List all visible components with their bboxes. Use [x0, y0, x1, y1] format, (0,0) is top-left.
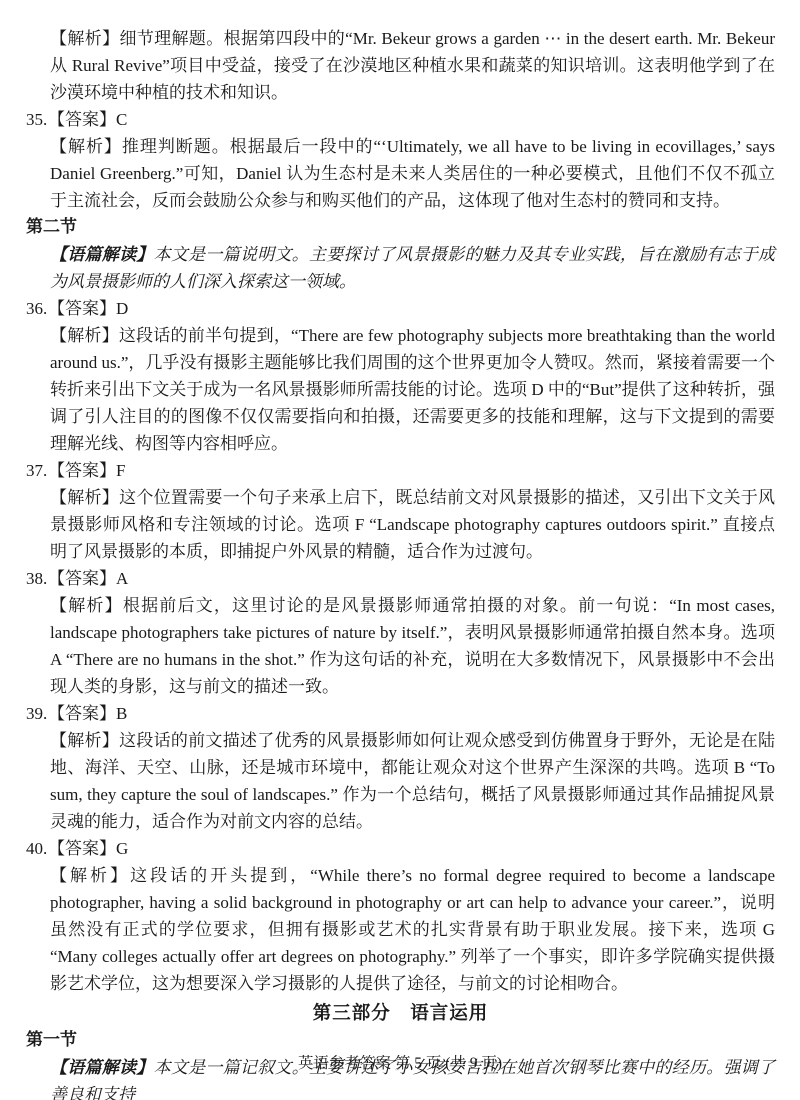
answer-line: 38.【答案】A [26, 565, 775, 592]
question-item-38: 38.【答案】A 【解析】根据前后文，这里讨论的是风景摄影师通常拍摄的对象。前一… [26, 565, 775, 700]
analysis-text: 这段话的前文描述了优秀的风景摄影师如何让观众感受到仿佛置身于野外，无论是在陆地、… [50, 731, 775, 831]
section-heading-2: 第二节 [26, 214, 775, 241]
answer-line: 36.【答案】D [26, 295, 775, 322]
passage-overview-section2: 【语篇解读】本文是一篇说明文。主要探讨了风景摄影的魅力及其专业实践，旨在激励有志… [50, 241, 775, 295]
question-number: 39. [26, 700, 48, 727]
answer-letter: F [116, 461, 125, 480]
answer-line: 40.【答案】G [26, 835, 775, 862]
question-number: 35. [26, 106, 48, 133]
analysis-paragraph: 【解析】推理判断题。根据最后一段中的“‘Ultimately, we all h… [50, 133, 775, 214]
analysis-text: 细节理解题。根据第四段中的“Mr. Bekeur grows a garden … [50, 29, 775, 102]
question-item-37: 37.【答案】F 【解析】这个位置需要一个句子来承上启下，既总结前文对风景摄影的… [26, 457, 775, 565]
answer-line: 35.【答案】C [26, 106, 775, 133]
analysis-label: 【解析】 [50, 137, 122, 156]
question-number: 36. [26, 295, 48, 322]
analysis-label: 【解析】 [50, 326, 119, 345]
analysis-label: 【解析】 [50, 596, 123, 615]
answer-label: 【答案】 [48, 704, 116, 723]
question-item-40: 40.【答案】G 【解析】这段话的开头提到，“While there’s no … [26, 835, 775, 997]
answer-line: 37.【答案】F [26, 457, 775, 484]
answer-label: 【答案】 [48, 569, 116, 588]
analysis-label: 【解析】 [50, 488, 119, 507]
answer-letter: D [116, 299, 128, 318]
passage-overview-text: 本文是一篇说明文。主要探讨了风景摄影的魅力及其专业实践，旨在激励有志于成为风景摄… [50, 245, 775, 291]
analysis-paragraph: 【解析】这段话的前文描述了优秀的风景摄影师如何让观众感受到仿佛置身于野外，无论是… [50, 727, 775, 835]
answer-letter: G [116, 839, 128, 858]
part3-heading: 第三部分 语言运用 [26, 1000, 775, 1027]
answer-letter: C [116, 110, 127, 129]
question-number: 40. [26, 835, 48, 862]
analysis-label: 【解析】 [50, 731, 119, 750]
answer-letter: A [116, 569, 128, 588]
analysis-text: 这段话的开头提到，“While there’s no formal degree… [50, 866, 775, 993]
analysis-text: 这段话的前半句提到，“There are few photography sub… [50, 326, 775, 453]
analysis-paragraph: 【解析】这段话的开头提到，“While there’s no formal de… [50, 862, 775, 997]
answer-label: 【答案】 [48, 299, 116, 318]
question-number: 38. [26, 565, 48, 592]
passage-overview-label: 【语篇解读】 [50, 245, 154, 264]
answer-label: 【答案】 [48, 839, 116, 858]
analysis-label: 【解析】 [50, 866, 130, 885]
question-item-39: 39.【答案】B 【解析】这段话的前文描述了优秀的风景摄影师如何让观众感受到仿佛… [26, 700, 775, 835]
analysis-label: 【解析】 [50, 29, 119, 48]
question-item-35: 35.【答案】C 【解析】推理判断题。根据最后一段中的“‘Ultimately,… [26, 106, 775, 214]
answer-label: 【答案】 [48, 110, 116, 129]
question-item-36: 36.【答案】D 【解析】这段话的前半句提到，“There are few ph… [26, 295, 775, 457]
answer-line: 39.【答案】B [26, 700, 775, 727]
analysis-text: 这个位置需要一个句子来承上启下，既总结前文对风景摄影的描述，又引出下文关于风景摄… [50, 488, 775, 561]
analysis-paragraph: 【解析】根据前后文，这里讨论的是风景摄影师通常拍摄的对象。前一句说：“In mo… [50, 592, 775, 700]
analysis-paragraph-34: 【解析】细节理解题。根据第四段中的“Mr. Bekeur grows a gar… [50, 25, 775, 106]
analysis-text: 根据前后文，这里讨论的是风景摄影师通常拍摄的对象。前一句说：“In most c… [50, 596, 775, 696]
analysis-paragraph: 【解析】这段话的前半句提到，“There are few photography… [50, 322, 775, 457]
page-footer: 英语参考答案 第 5 页 (共 9 页) [0, 1050, 800, 1077]
answer-letter: B [116, 704, 127, 723]
answer-key-page: 【解析】细节理解题。根据第四段中的“Mr. Bekeur grows a gar… [0, 0, 800, 1100]
answer-label: 【答案】 [48, 461, 116, 480]
question-number: 37. [26, 457, 48, 484]
analysis-text: 推理判断题。根据最后一段中的“‘Ultimately, we all have … [50, 137, 775, 210]
analysis-paragraph: 【解析】这个位置需要一个句子来承上启下，既总结前文对风景摄影的描述，又引出下文关… [50, 484, 775, 565]
